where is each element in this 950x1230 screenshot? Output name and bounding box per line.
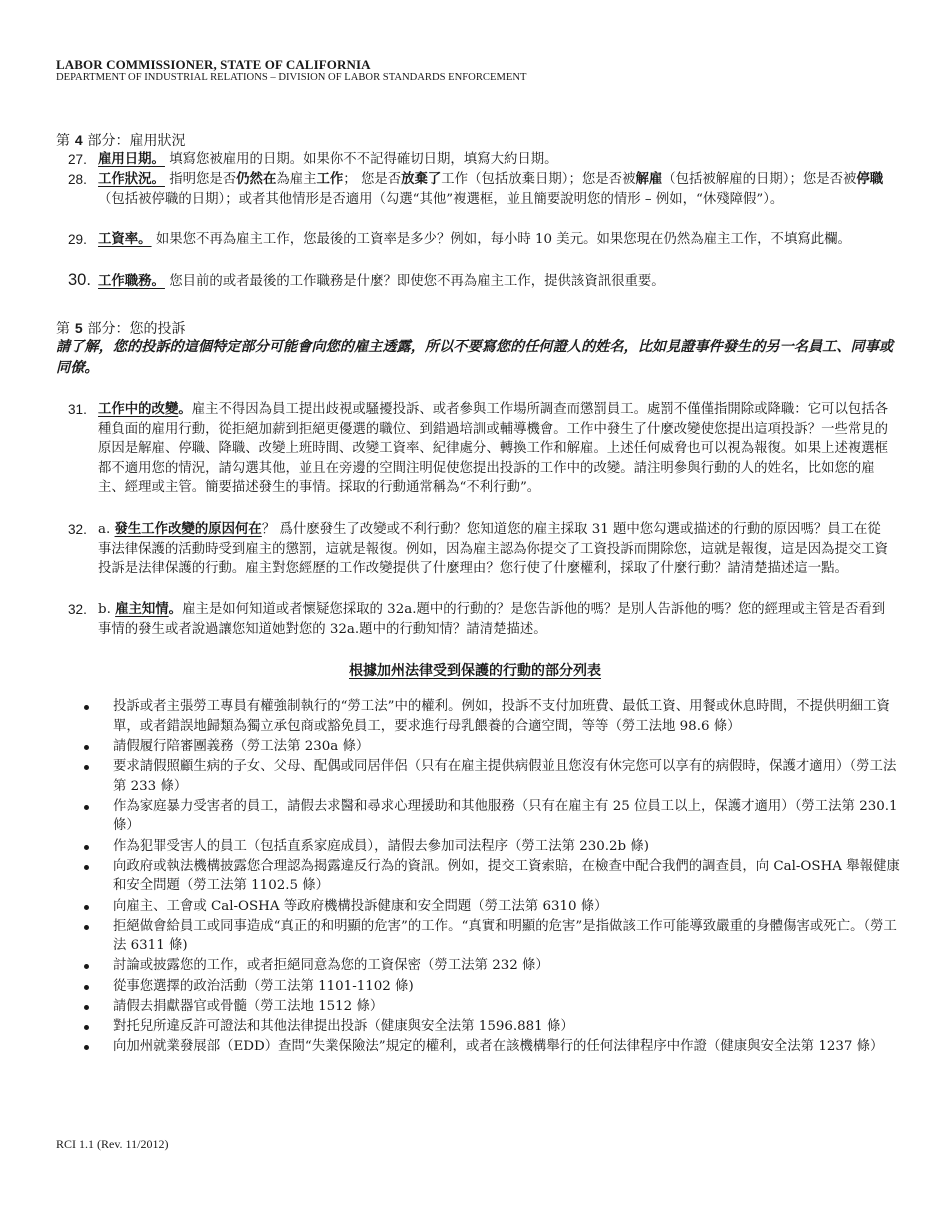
- bullet-icon: [84, 1045, 89, 1050]
- item-29-wage-rate: 29. 工資率。 如果您不再為雇主工作，您最後的工資率是多少？例如，每小時 10…: [68, 230, 894, 250]
- section-4-heading: 第 4 部分：雇用狀況: [56, 130, 186, 150]
- bullet-icon: [84, 865, 89, 870]
- item-label: 工資率。: [98, 231, 152, 247]
- protected-activities-title: 根據加州法律受到保護的行動的部分列表: [0, 660, 950, 680]
- list-item: 向政府或執法機構披露您合理認為揭露違反行為的資訊。例如，提交工資索賠，在檢查中配…: [80, 857, 900, 896]
- list-item: 作為犯罪受害人的員工（包括直系家庭成員），請假去參加司法程序（勞工法第 230.…: [80, 837, 900, 857]
- bullet-icon: [84, 964, 89, 969]
- item-31-change-at-work: 31. 工作中的改變。雇主不得因為員工提出歧視或騷擾投訴、或者參與工作場所調查而…: [68, 400, 894, 498]
- bullet-icon: [84, 1025, 89, 1030]
- list-item: 請假履行陪審團義務（勞工法第 230a 條）: [80, 737, 900, 757]
- item-label: 雇用日期。: [98, 151, 165, 167]
- list-item: 討論或披露您的工作，或者拒絕同意為您的工資保密（勞工法第 232 條）: [80, 956, 900, 976]
- list-item: 請假去捐獻器官或骨髓（勞工法地 1512 條）: [80, 997, 900, 1017]
- bullet-icon: [84, 765, 89, 770]
- list-item: 作為家庭暴力受害者的員工，請假去求醫和尋求心理援助和其他服務（只有在雇主有 25…: [80, 797, 900, 836]
- bullet-icon: [84, 845, 89, 850]
- confidentiality-warning: 請了解，您的投訴的這個特定部分可能會向您的雇主透露，所以不要寫您的任何證人的姓名…: [56, 337, 896, 379]
- bullet-icon: [84, 985, 89, 990]
- item-32a-reason-for-change: 32. a. 發生工作改變的原因何在？ 爲什麽發生了改變或不利行動？您知道您的雇…: [68, 520, 894, 579]
- list-item: 投訴或者主張勞工專員有權強制執行的“勞工法”中的權利。例如，投訴不支付加班費、最…: [80, 697, 900, 736]
- item-28-work-status: 28. 工作狀況。 指明您是否仍然在為雇主工作； 您是否放棄了工作（包括放棄日期…: [68, 170, 894, 209]
- bullet-icon: [84, 905, 89, 910]
- section-number: 4: [75, 132, 83, 148]
- bullet-icon: [84, 1005, 89, 1010]
- list-item: 對托兒所違反許可證法和其他法律提出投訴（健康與安全法第 1596.881 條）: [80, 1017, 900, 1037]
- list-item: 向雇主、工會或 Cal-OSHA 等政府機構投訴健康和安全問題（勞工法第 631…: [80, 897, 900, 917]
- item-label: 工作狀況。: [98, 171, 165, 187]
- agency-title: LABOR COMMISSIONER, STATE OF CALIFORNIA: [56, 57, 371, 73]
- item-label: 工作職務。: [98, 273, 165, 289]
- item-30-job-title: 30. 工作職務。 您目前的或者最後的工作職務是什麼？即使您不再為雇主工作，提供…: [68, 272, 894, 292]
- list-item: 拒絕做會給員工或同事造成“真正的和明顯的危害”的工作。“真實和明顯的危害”是指做…: [80, 917, 900, 956]
- section-number: 5: [75, 320, 83, 336]
- list-item: 要求請假照顧生病的子女、父母、配偶或同居伴侶（只有在雇主提供病假並且您沒有休完您…: [80, 757, 900, 796]
- bullet-icon: [84, 705, 89, 710]
- item-27-employment-date: 27. 雇用日期。 填寫您被雇用的日期。如果你不不記得確切日期，填寫大約日期。: [68, 150, 894, 170]
- form-revision-id: RCI 1.1 (Rev. 11/2012): [56, 1137, 168, 1152]
- bullet-icon: [84, 805, 89, 810]
- item-label: 雇主知情: [115, 601, 169, 617]
- list-item: 向加州就業發展部（EDD）查問“失業保險法”規定的權利，或者在該機構舉行的任何法…: [80, 1037, 900, 1057]
- bullet-icon: [84, 925, 89, 930]
- protected-activities-list: 投訴或者主張勞工專員有權強制執行的“勞工法”中的權利。例如，投訴不支付加班費、最…: [80, 697, 900, 1057]
- item-32b-employer-knowledge: 32. b. 雇主知情。雇主是如何知道或者懷疑您採取的 32a.題中的行動的？是…: [68, 600, 894, 639]
- item-label: 發生工作改變的原因何在: [115, 521, 262, 537]
- section-5-heading: 第 5 部分：您的投訴: [56, 318, 186, 338]
- item-label: 工作中的改變: [98, 401, 178, 417]
- document-page: LABOR COMMISSIONER, STATE OF CALIFORNIA …: [0, 0, 950, 1230]
- list-item: 從事您選擇的政治活動（勞工法第 1101-1102 條): [80, 977, 900, 997]
- bullet-icon: [84, 745, 89, 750]
- agency-subtitle: DEPARTMENT OF INDUSTRIAL RELATIONS – DIV…: [56, 72, 526, 83]
